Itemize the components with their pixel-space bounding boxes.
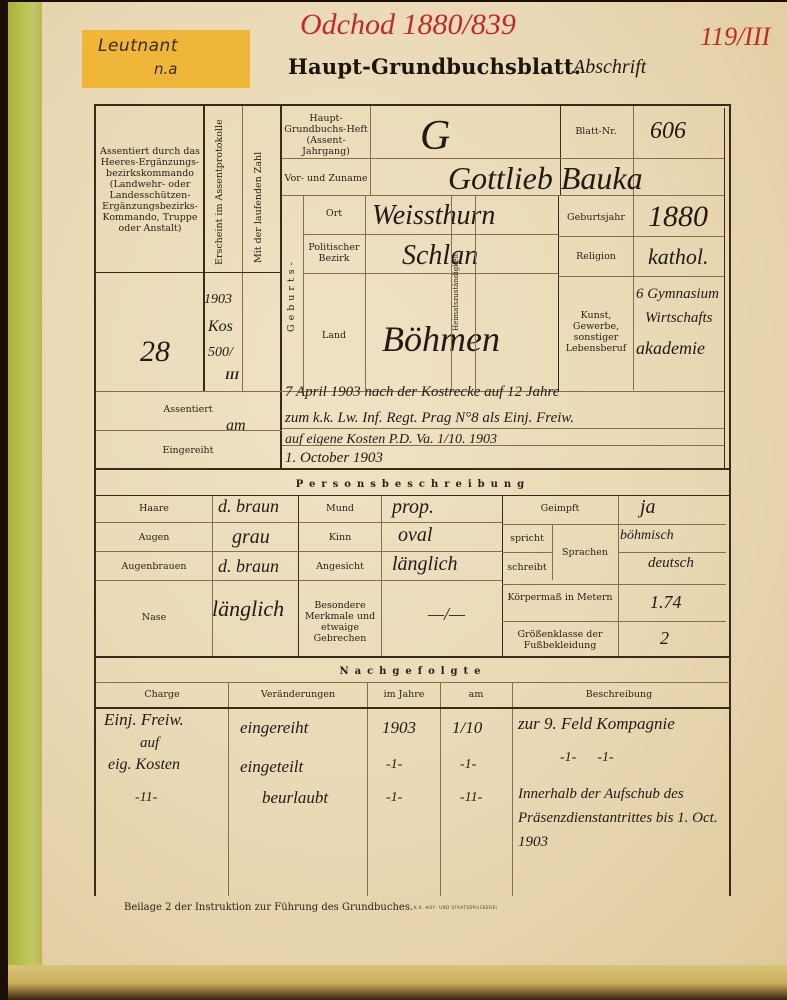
row-beschreibung: Innerhalb der Aufschub des Präsenzdienst… — [518, 782, 723, 854]
assentiert-line-1: 7 April 1903 nach der Kostrecke auf 12 J… — [285, 384, 559, 401]
label-eingereiht: Eingereiht — [98, 445, 278, 456]
divider — [242, 106, 243, 391]
divider — [212, 496, 213, 656]
divider — [203, 106, 205, 391]
value-ort: Weissthurn — [372, 200, 495, 232]
value-sprachen-1: böhmisch — [620, 528, 674, 544]
sticker-rank: Leutnant — [98, 36, 178, 56]
row-jahr: -1- — [386, 757, 402, 773]
section-divider — [96, 656, 730, 658]
value-land: Böhmen — [382, 318, 500, 360]
value-beruf-3: akademie — [636, 338, 705, 359]
label-assentiert: Assentiert — [98, 404, 278, 415]
table-right-border — [729, 104, 731, 896]
divider — [303, 273, 558, 274]
value-erscheint-vol: III — [225, 368, 239, 383]
label-ort: Ort — [304, 208, 364, 219]
value-augen: grau — [232, 526, 270, 549]
label-assentiert-durch: Assentiert durch das Heeres-Ergänzungs-b… — [98, 146, 202, 234]
binder-strip — [8, 2, 44, 970]
label-augenbrauen: Augenbrauen — [98, 561, 210, 572]
value-merkmale: —/— — [428, 604, 465, 625]
divider — [282, 428, 724, 429]
divider — [370, 106, 371, 196]
divider — [96, 272, 282, 273]
red-annotation-corner: 119/III — [700, 22, 770, 52]
divider — [303, 234, 558, 235]
page-bottom-edge — [8, 965, 787, 1000]
label-mund: Mund — [299, 503, 381, 514]
footer-instruction: Beilage 2 der Instruktion zur Führung de… — [124, 902, 413, 913]
label-kinn: Kinn — [299, 532, 381, 543]
value-erscheint-num: 500/ — [208, 345, 233, 361]
value-erscheint-year: 1903 — [204, 292, 232, 308]
label-augen: Augen — [98, 532, 210, 543]
value-blatt-nr: 606 — [650, 118, 686, 145]
value-koerpermass: 1.74 — [650, 592, 682, 613]
value-assentiert-durch: 28 — [140, 335, 170, 369]
value-nase: länglich — [212, 596, 284, 622]
divider — [96, 707, 730, 709]
row-beschreibung: zur 9. Feld Kompagnie — [518, 714, 675, 734]
col-im-jahre: im Jahre — [368, 689, 440, 700]
heading-nachgefolgte: Nachgefolgte — [96, 666, 730, 677]
row-veraenderung: beurlaubt — [262, 788, 328, 808]
col-charge: Charge — [98, 689, 226, 700]
divider — [282, 195, 724, 196]
col-veraenderungen: Veränderungen — [229, 689, 367, 700]
label-land: Land — [304, 330, 364, 341]
label-religion: Religion — [560, 251, 632, 262]
value-beruf-2: Wirtschafts — [645, 310, 713, 327]
divider — [367, 683, 368, 896]
row-am: 1/10 — [452, 718, 482, 738]
label-geimpft: Geimpft — [503, 503, 617, 514]
assentiert-line-2: zum k.k. Lw. Inf. Regt. Prag N°8 als Ein… — [285, 410, 574, 427]
label-schreibt: schreibt — [503, 562, 551, 573]
row-am: -1- — [460, 757, 476, 773]
value-groesse: 2 — [660, 628, 669, 649]
inner-right-border — [724, 108, 725, 468]
divider — [633, 196, 634, 390]
row-beschreibung: -1- -1- — [560, 750, 614, 766]
label-nase: Nase — [98, 612, 210, 623]
section-divider — [96, 468, 730, 470]
charge-line-3: eig. Kosten — [108, 756, 180, 774]
label-geburts: Geburts- — [286, 235, 297, 355]
divider — [502, 552, 552, 553]
table-left-border — [94, 104, 96, 896]
page-title: Haupt-Grundbuchsblatt. — [288, 54, 581, 79]
charge-line-4: -11- — [135, 790, 157, 806]
row-veraenderung: eingeteilt — [240, 757, 303, 777]
row-veraenderung: eingereiht — [240, 718, 308, 738]
divider — [558, 236, 724, 237]
label-spricht: spricht — [503, 533, 551, 544]
eingereiht-date: 1. October 1903 — [285, 450, 383, 467]
table-top-border — [94, 104, 730, 106]
label-merkmale: Besondere Merkmale und etwaige Gebrechen — [299, 600, 381, 644]
divider — [96, 682, 730, 683]
value-kinn: oval — [398, 524, 432, 547]
rank-sticker: Leutnant n.a — [82, 30, 250, 88]
divider — [558, 276, 724, 277]
value-mund: prop. — [392, 496, 434, 519]
divider — [512, 683, 513, 896]
divider — [280, 106, 282, 468]
label-heimat: Heimatszuständigkeit — [452, 225, 460, 360]
label-beruf: Kunst, Gewerbe, sonstiger Lebensberuf — [560, 310, 632, 354]
charge-line-2: auf — [140, 735, 159, 752]
value-erscheint-code: Kos — [208, 318, 233, 336]
value-name: Gottlieb Bauka — [448, 160, 643, 197]
label-name: Vor- und Zuname — [283, 173, 369, 184]
label-angesicht: Angesicht — [299, 561, 381, 572]
divider — [96, 522, 502, 523]
value-beruf-1: 6 Gymnasium — [636, 286, 719, 303]
label-laufende-zahl: Mit der laufenden Zahl — [253, 150, 264, 265]
label-groesse: Größenklasse der Fußbekleidung — [503, 629, 617, 651]
divider — [618, 552, 726, 553]
value-sprachen-2: deutsch — [648, 555, 694, 572]
abschrift-note: Abschrift — [573, 56, 646, 79]
charge-line-1: Einj. Freiw. — [104, 710, 184, 730]
divider — [502, 584, 726, 585]
label-erscheint-im: Erscheint im Assentprotokolle — [214, 120, 225, 265]
divider — [282, 158, 724, 159]
value-geimpft: ja — [640, 496, 656, 519]
value-angesicht: länglich — [392, 553, 458, 576]
divider — [365, 196, 366, 390]
value-haare: d. braun — [218, 496, 279, 517]
heading-personsbeschreibung: Personsbeschreibung — [96, 479, 730, 490]
sticker-note: n.a — [154, 60, 177, 78]
label-koerpermass: Körpermaß in Metern — [503, 592, 617, 603]
divider — [381, 496, 382, 656]
label-blatt-nr: Blatt-Nr. — [560, 126, 632, 137]
divider — [475, 196, 476, 390]
label-bezirk: Politischer Bezirk — [304, 242, 364, 264]
divider — [502, 524, 726, 525]
label-haare: Haare — [98, 503, 210, 514]
value-religion: kathol. — [648, 244, 709, 270]
divider — [96, 551, 502, 552]
row-am: -11- — [460, 790, 482, 806]
divider — [96, 430, 282, 431]
divider — [558, 196, 559, 390]
value-am: am — [226, 417, 246, 435]
value-geburtsjahr: 1880 — [648, 200, 708, 234]
value-augenbrauen: d. braun — [218, 556, 279, 577]
value-heft: G — [420, 112, 450, 160]
printer-imprint: K.K. HOF- UND STAATSDRUCKEREI — [414, 905, 497, 910]
label-heft: Haupt-Grundbuchs-Heft (Assent-Jahrgang) — [283, 113, 369, 157]
col-am: am — [441, 689, 511, 700]
divider — [618, 496, 619, 656]
row-jahr: 1903 — [382, 718, 416, 738]
divider — [440, 683, 441, 896]
value-bezirk: Schlan — [402, 240, 478, 272]
row-jahr: -1- — [386, 790, 402, 806]
red-annotation-top: Odchod 1880/839 — [300, 8, 516, 42]
divider — [282, 445, 724, 446]
divider — [303, 196, 304, 390]
col-beschreibung: Beschreibung — [513, 689, 725, 700]
divider — [228, 683, 229, 896]
divider — [502, 621, 726, 622]
divider — [96, 580, 502, 581]
label-geburtsjahr: Geburtsjahr — [560, 212, 632, 223]
label-sprachen: Sprachen — [553, 547, 617, 558]
